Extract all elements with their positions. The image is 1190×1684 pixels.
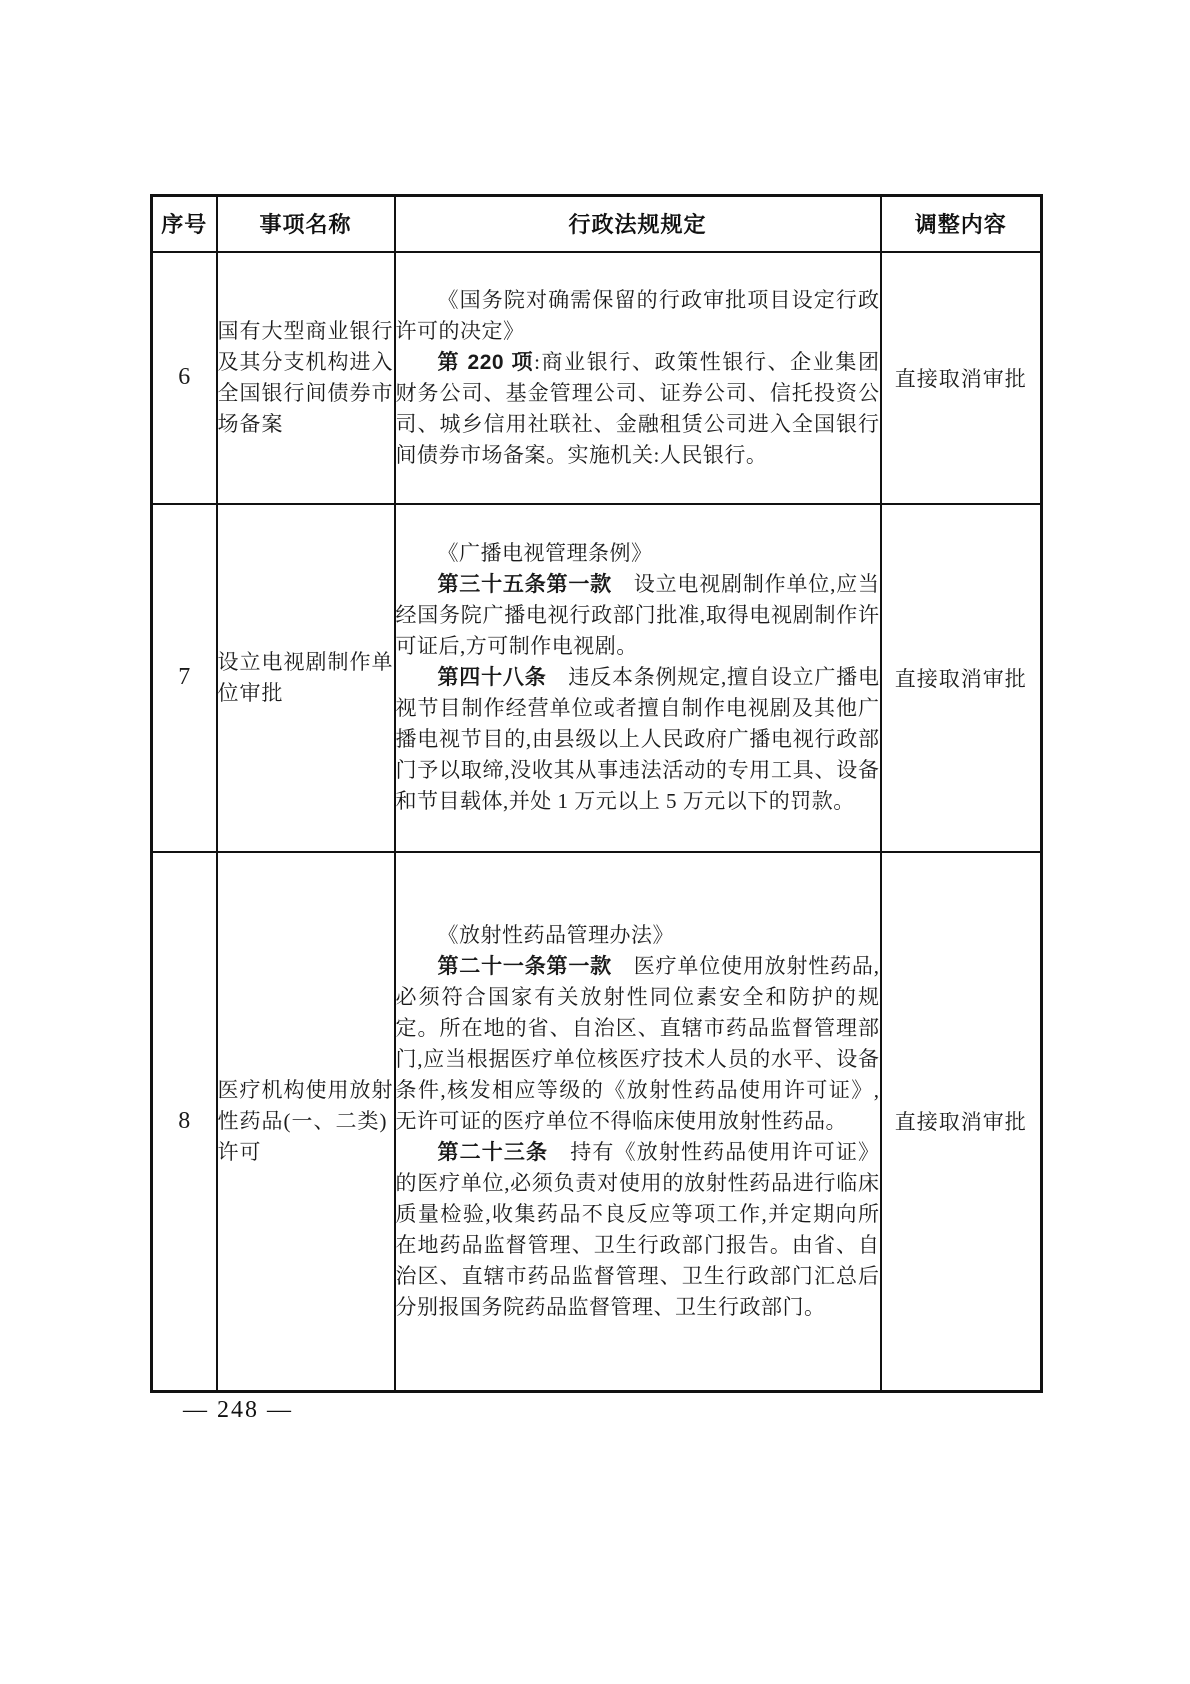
approval-items-table: 序号 事项名称 行政法规规定 调整内容 6国有大型商业银行及其分支机构进入全国银…	[150, 194, 1043, 1393]
row-number: 7	[152, 504, 217, 852]
document-page: 序号 事项名称 行政法规规定 调整内容 6国有大型商业银行及其分支机构进入全国银…	[0, 0, 1190, 1684]
regulation-paragraph: 第二十一条第一款 医疗单位使用放射性药品,必须符合国家有关放射性同位素安全和防护…	[396, 951, 880, 1137]
col-header-item-name: 事项名称	[217, 196, 395, 252]
regulation-paragraph: 第四十八条 违反本条例规定,擅自设立广播电视节目制作经营单位或者擅自制作电视剧及…	[396, 662, 880, 817]
regulation-paragraph: 《国务院对确需保留的行政审批项目设定行政许可的决定》	[396, 285, 880, 347]
adjustment-content: 直接取消审批	[881, 504, 1042, 852]
adjustment-content: 直接取消审批	[881, 852, 1042, 1392]
col-header-number: 序号	[152, 196, 217, 252]
regulation-paragraph: 第三十五条第一款 设立电视剧制作单位,应当经国务院广播电视行政部门批准,取得电视…	[396, 569, 880, 662]
row-number: 6	[152, 252, 217, 504]
regulation-paragraph: 《放射性药品管理办法》	[396, 920, 880, 951]
col-header-regulation: 行政法规规定	[395, 196, 881, 252]
table-row: 8医疗机构使用放射性药品(一、二类)许可《放射性药品管理办法》第二十一条第一款 …	[152, 852, 1042, 1392]
table-body: 6国有大型商业银行及其分支机构进入全国银行间债券市场备案《国务院对确需保留的行政…	[152, 252, 1042, 1392]
page-number: — 248 —	[183, 1397, 293, 1424]
regulation-text: 《国务院对确需保留的行政审批项目设定行政许可的决定》第 220 项:商业银行、政…	[395, 252, 881, 504]
regulation-paragraph: 第二十三条 持有《放射性药品使用许可证》的医疗单位,必须负责对使用的放射性药品进…	[396, 1137, 880, 1323]
regulation-paragraph: 《广播电视管理条例》	[396, 538, 880, 569]
table-header-row: 序号 事项名称 行政法规规定 调整内容	[152, 196, 1042, 252]
regulation-text: 《放射性药品管理办法》第二十一条第一款 医疗单位使用放射性药品,必须符合国家有关…	[395, 852, 881, 1392]
item-name: 国有大型商业银行及其分支机构进入全国银行间债券市场备案	[217, 252, 395, 504]
item-name: 设立电视剧制作单位审批	[217, 504, 395, 852]
adjustment-content: 直接取消审批	[881, 252, 1042, 504]
row-number: 8	[152, 852, 217, 1392]
regulation-paragraph: 第 220 项:商业银行、政策性银行、企业集团财务公司、基金管理公司、证券公司、…	[396, 347, 880, 471]
table-row: 7设立电视剧制作单位审批《广播电视管理条例》第三十五条第一款 设立电视剧制作单位…	[152, 504, 1042, 852]
regulation-text: 《广播电视管理条例》第三十五条第一款 设立电视剧制作单位,应当经国务院广播电视行…	[395, 504, 881, 852]
col-header-adjustment: 调整内容	[881, 196, 1042, 252]
item-name: 医疗机构使用放射性药品(一、二类)许可	[217, 852, 395, 1392]
table-row: 6国有大型商业银行及其分支机构进入全国银行间债券市场备案《国务院对确需保留的行政…	[152, 252, 1042, 504]
